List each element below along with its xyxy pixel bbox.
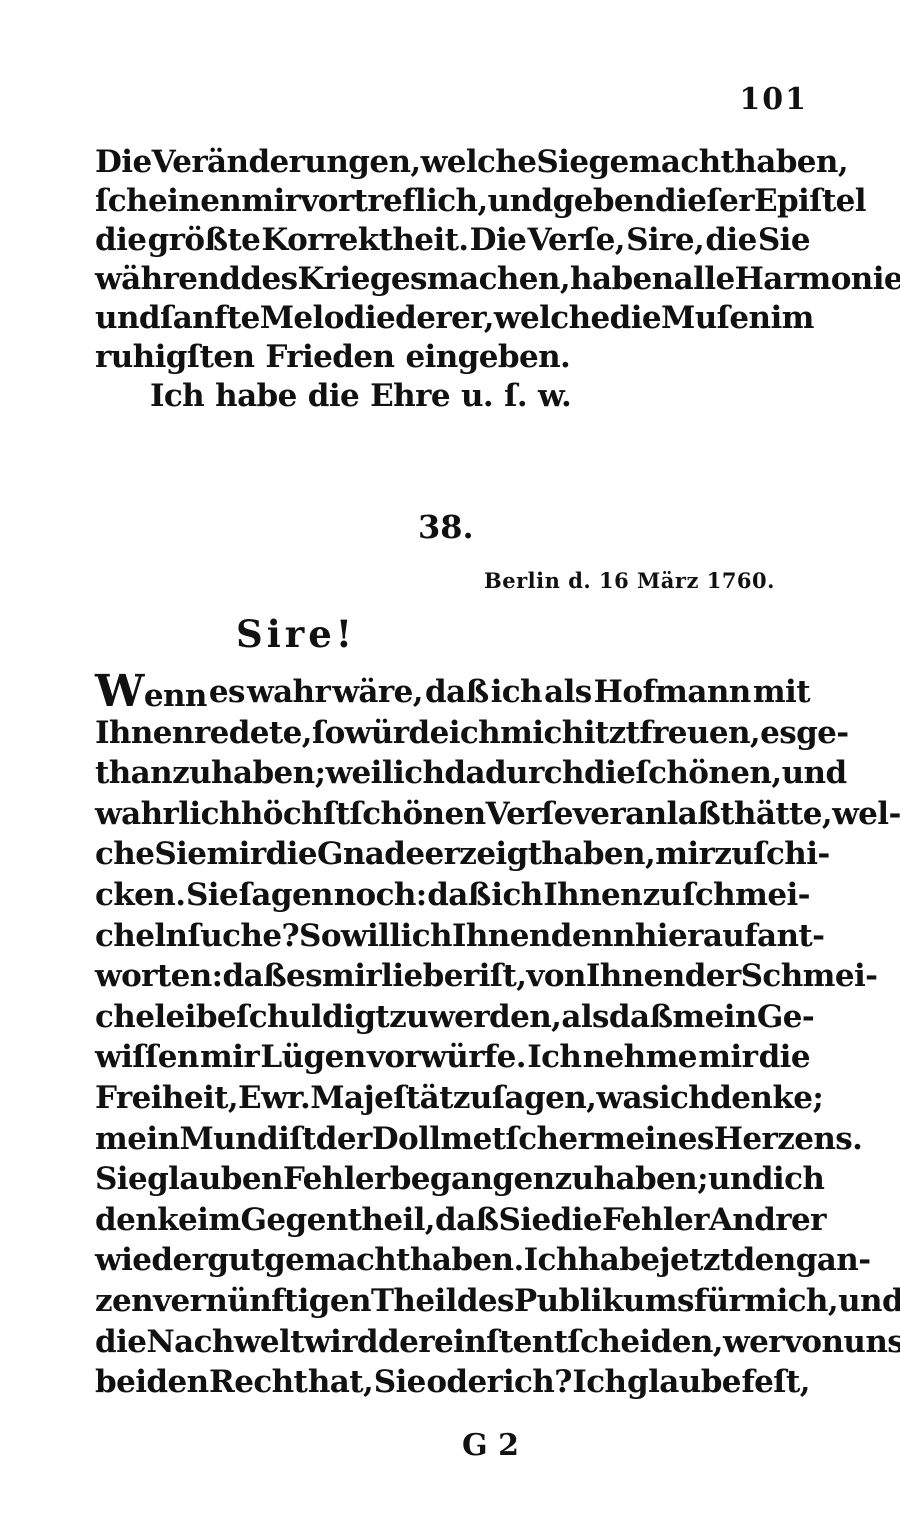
text-line: ſcheinenmirvortreflich,undgebendieſerEpi…	[95, 182, 810, 221]
word: zu	[172, 753, 211, 794]
word: mir	[241, 182, 300, 221]
word: für	[694, 1281, 744, 1322]
word: entſcheiden,	[513, 1322, 723, 1363]
word: Gegentheil,	[241, 1200, 435, 1241]
word: ſcheinen	[95, 182, 241, 221]
word: habe	[578, 1240, 660, 1281]
word: alle	[674, 260, 735, 299]
word: veranlaßt	[573, 794, 734, 835]
closing-formula: IchhabedieEhreu.ſ.w.	[95, 377, 810, 416]
word: erzeigt	[424, 834, 541, 875]
word: die	[308, 377, 359, 416]
word: Sie	[536, 143, 588, 182]
word: than	[95, 753, 172, 794]
word: Nachwelt	[146, 1322, 304, 1363]
word: ich	[401, 916, 452, 957]
word: dieſer	[655, 182, 754, 221]
word: itzt	[584, 713, 640, 754]
word: Harmonie	[735, 260, 900, 299]
word: die	[266, 834, 317, 875]
word: welche	[494, 299, 610, 338]
word: haben.	[410, 1240, 524, 1281]
word: die	[95, 1322, 146, 1363]
previous-letter-closing: DieVeränderungen,welcheSiegemachthaben, …	[95, 143, 810, 416]
word: zu	[453, 1078, 492, 1119]
text-line: meinMundiſtderDollmetſchermeinesHerzens.	[95, 1119, 810, 1160]
word: mein	[672, 997, 756, 1038]
word: dereinſt	[378, 1322, 513, 1363]
word: Ich	[572, 1362, 626, 1403]
word: Ihnen	[95, 713, 194, 754]
word: ſagen,	[492, 1078, 597, 1119]
word: haben	[570, 260, 674, 299]
word: größte	[148, 221, 261, 260]
word: Ehre	[370, 377, 450, 416]
word: denke;	[710, 1078, 823, 1119]
word: mir	[698, 1037, 757, 1078]
word: ich	[449, 713, 500, 754]
word: und	[782, 753, 847, 794]
word: cken.	[95, 875, 185, 916]
word: Ihnen	[452, 916, 551, 957]
word: gemacht	[264, 1240, 410, 1281]
word: gan-	[796, 1240, 871, 1281]
text-line: denkeimGegentheil,daßSiedieFehlerAndrer	[95, 1200, 810, 1241]
word: wahr	[247, 672, 330, 713]
word: die	[95, 221, 146, 260]
word: Sie	[499, 1200, 551, 1241]
word: ant-	[757, 916, 824, 957]
word: w.	[538, 377, 571, 416]
word: Korrektheit.	[261, 221, 468, 260]
word: Verſe,	[527, 221, 625, 260]
word: und	[838, 1281, 900, 1322]
word: zu	[714, 834, 753, 875]
word: Die	[470, 221, 527, 260]
word: Ewr.	[238, 1078, 310, 1119]
word: zu	[643, 875, 682, 916]
word: es	[286, 956, 322, 997]
word: welche	[421, 143, 537, 182]
word: als	[561, 997, 609, 1038]
salutation: Sire!	[236, 612, 356, 656]
word: Hofmann	[594, 672, 751, 713]
word: haben;	[594, 1159, 708, 1200]
word: derer,	[395, 299, 494, 338]
word: ruhigſten	[95, 338, 254, 377]
word: Sie	[374, 1362, 426, 1403]
text-line: beidenRechthat,Sieoderich?Ichglaubefeſt,	[95, 1362, 810, 1403]
word: und	[488, 182, 553, 221]
word: Dollmetſcher	[372, 1119, 594, 1160]
word: Krieges	[297, 260, 426, 299]
word: die	[759, 1037, 810, 1078]
word: Recht	[209, 1362, 307, 1403]
text-line: worten:daßesmirlieberiſt,vonIhnenderSchm…	[95, 956, 810, 997]
word: zu	[555, 1159, 594, 1200]
word: vortreflich,	[300, 182, 487, 221]
word: Ihnen	[543, 875, 642, 916]
text-line: thanzuhaben;weilichdadurchdieſchönen,und	[95, 753, 810, 794]
word: ich	[491, 875, 542, 916]
text-line: währenddesKriegesmachen,habenalleHarmoni…	[95, 260, 810, 299]
text-line: cheSiemirdieGnadeerzeigthaben,mirzuſchi-	[95, 834, 810, 875]
word: begangen	[390, 1159, 555, 1200]
letter-body: Wenneswahrwäre,daßichalsHofmannmit Ihnen…	[95, 672, 810, 1403]
word: glauben	[147, 1159, 283, 1200]
word: wel-	[832, 794, 900, 835]
word: Sie	[758, 221, 810, 260]
word: die	[551, 1200, 602, 1241]
word: Mund	[179, 1119, 278, 1160]
word: und	[95, 299, 160, 338]
word: ſchönen	[350, 794, 486, 835]
word: geben	[553, 182, 655, 221]
word: im	[770, 299, 813, 338]
word: freuen,	[639, 713, 760, 754]
word: als	[544, 672, 592, 713]
word: Schmei-	[741, 956, 878, 997]
text-line: wiſſenmirLügenvorwürfe.Ichnehmemirdie	[95, 1037, 810, 1078]
word: haben,	[734, 143, 848, 182]
word: Veränderungen,	[152, 143, 421, 182]
word: noch:	[334, 875, 427, 916]
word: Majeſtät	[310, 1078, 453, 1119]
word: haben,	[541, 834, 655, 875]
word: würde	[345, 713, 449, 754]
word: mich	[500, 713, 584, 754]
text-line: cken.Sieſagennoch:daßichIhnenzuſchmei-	[95, 875, 810, 916]
word: Ich	[524, 1240, 578, 1281]
text-line: undſanfteMelodiederer,welchedieMuſenim	[95, 299, 810, 338]
word: mir	[655, 834, 714, 875]
word: dadurch	[444, 753, 584, 794]
word: wiſſen	[95, 1037, 199, 1078]
word: iſt,	[479, 956, 527, 997]
word: nehme	[583, 1037, 697, 1078]
word: beiden	[95, 1362, 209, 1403]
word: mir	[200, 1037, 259, 1078]
word: daß	[427, 875, 491, 916]
word: mit	[753, 672, 810, 713]
word: daß	[435, 1200, 499, 1241]
word: machen,	[427, 260, 570, 299]
word: Sie	[154, 834, 206, 875]
text-line: SieglaubenFehlerbegangenzuhaben;undich	[95, 1159, 810, 1200]
word: ich	[393, 753, 444, 794]
word: Ihnen	[586, 956, 685, 997]
word: daß	[425, 672, 489, 713]
word: oder	[426, 1362, 502, 1403]
word: von	[526, 956, 585, 997]
word: So	[299, 916, 341, 957]
word: hierauf	[635, 916, 757, 957]
word: vorwürfe.	[367, 1037, 526, 1078]
word: es	[209, 672, 245, 713]
text-line: Freiheit,Ewr.Majeſtätzuſagen,wasichdenke…	[95, 1078, 810, 1119]
word: vernünftigen	[153, 1281, 371, 1322]
word: es	[760, 713, 796, 754]
word: Ich	[150, 377, 204, 416]
word: Lügen	[260, 1037, 365, 1078]
word: gut	[207, 1240, 264, 1281]
word: der	[685, 956, 741, 997]
word: redete,	[194, 713, 312, 754]
text-line: diegrößteKorrektheit.DieVerſe,Sire,dieSi…	[95, 221, 810, 260]
word: will	[341, 916, 401, 957]
word: Sie	[95, 1159, 147, 1200]
word: ſanfte	[160, 299, 260, 338]
word: meines	[593, 1119, 713, 1160]
dateline: Berlin d. 16 März 1760.	[484, 568, 775, 593]
word: ich	[659, 1078, 710, 1119]
word: weil	[325, 753, 393, 794]
word: Ge-	[757, 997, 814, 1038]
word: Verſe	[486, 794, 573, 835]
word: Theil	[371, 1281, 457, 1322]
word: ich	[491, 672, 542, 713]
letter-number: 38.	[418, 508, 474, 546]
word: beſchuldigt	[196, 997, 389, 1038]
word: und	[708, 1159, 773, 1200]
word: von	[784, 1322, 843, 1363]
word: den	[734, 1240, 796, 1281]
word: ich?	[503, 1362, 572, 1403]
word: ſo	[312, 713, 345, 754]
word: mir	[206, 834, 265, 875]
word: ſuche?	[187, 916, 299, 957]
word: jetzt	[659, 1240, 733, 1281]
word: haben;	[211, 753, 325, 794]
word: zu	[389, 997, 428, 1038]
word: mein	[95, 1119, 179, 1160]
text-line: zenvernünftigenTheildesPublikumsfürmich,…	[95, 1281, 810, 1322]
word: ſ.	[504, 377, 527, 416]
word: uns	[843, 1322, 900, 1363]
word: glaube	[627, 1362, 741, 1403]
word: der	[316, 1119, 372, 1160]
word: daß	[223, 956, 287, 997]
word: Die	[95, 143, 152, 182]
word: chelei	[95, 997, 196, 1038]
word: Sire,	[626, 221, 704, 260]
word: wird	[304, 1322, 378, 1363]
word: Wenn	[95, 672, 207, 713]
word: Melodie	[260, 299, 395, 338]
text-line: wahrlichhöchſtſchönenVerſeveranlaßthätte…	[95, 794, 810, 835]
word: die	[584, 753, 635, 794]
word: Andrer	[709, 1200, 826, 1241]
word: denn	[551, 916, 635, 957]
word: hat,	[308, 1362, 373, 1403]
word: Fehler	[283, 1159, 390, 1200]
word: gemacht	[588, 143, 734, 182]
word: wer	[723, 1322, 784, 1363]
text-line: cheleibeſchuldigtzuwerden,alsdaßmeinGe-	[95, 997, 810, 1038]
word: ſchönen,	[635, 753, 781, 794]
word: ich	[773, 1159, 824, 1200]
word: wahrlich	[95, 794, 241, 835]
word: mich,	[744, 1281, 838, 1322]
word: Fehler	[602, 1200, 709, 1241]
word: ſchmei-	[682, 875, 810, 916]
word: werden,	[428, 997, 561, 1038]
word: während	[95, 260, 240, 299]
word: ge-	[796, 713, 848, 754]
word: im	[197, 1200, 240, 1241]
word: denke	[95, 1200, 197, 1241]
word: wäre,	[332, 672, 423, 713]
word: lieber	[381, 956, 478, 997]
word: was	[596, 1078, 658, 1119]
word: Frieden	[265, 338, 394, 377]
word: feſt,	[741, 1362, 810, 1403]
text-line: dieNachweltwirddereinſtentſcheiden,wervo…	[95, 1322, 810, 1363]
page-number: 101	[739, 82, 808, 117]
word: worten:	[95, 956, 223, 997]
word: u.	[461, 377, 493, 416]
text-line: ruhigſtenFriedeneingeben.	[95, 338, 810, 377]
word: eingeben.	[405, 338, 570, 377]
word: habe	[215, 377, 297, 416]
text-line: Ihnenredete,ſowürdeichmichitztfreuen,esg…	[95, 713, 810, 754]
word: höchſt	[241, 794, 350, 835]
word: daß	[609, 997, 673, 1038]
text-line: wiedergutgemachthaben.Ichhabejetztdengan…	[95, 1240, 810, 1281]
word: Ich	[527, 1037, 581, 1078]
word: Herzens.	[714, 1119, 863, 1160]
word: Muſen	[661, 299, 770, 338]
word: ſchi-	[753, 834, 829, 875]
word: die	[610, 299, 661, 338]
word: Sie	[186, 875, 238, 916]
word: des	[457, 1281, 514, 1322]
word: wieder	[95, 1240, 207, 1281]
word: mir	[322, 956, 381, 997]
word: Gnade	[317, 834, 425, 875]
signature-mark: G 2	[462, 1428, 519, 1463]
text-line: DieVeränderungen,welcheSiegemachthaben,	[95, 143, 810, 182]
word: ſagen	[239, 875, 333, 916]
word: Epiſtel	[754, 182, 866, 221]
word: Freiheit,	[95, 1078, 238, 1119]
word: hätte,	[734, 794, 832, 835]
word: iſt	[278, 1119, 316, 1160]
word: des	[240, 260, 297, 299]
word: die	[705, 221, 756, 260]
text-line: chelnſuche?SowillichIhnendennhieraufant-	[95, 916, 810, 957]
word: zen	[95, 1281, 153, 1322]
word: cheln	[95, 916, 187, 957]
word: che	[95, 834, 154, 875]
text-line: Wenneswahrwäre,daßichalsHofmannmit	[95, 672, 810, 713]
word: Publikums	[514, 1281, 694, 1322]
